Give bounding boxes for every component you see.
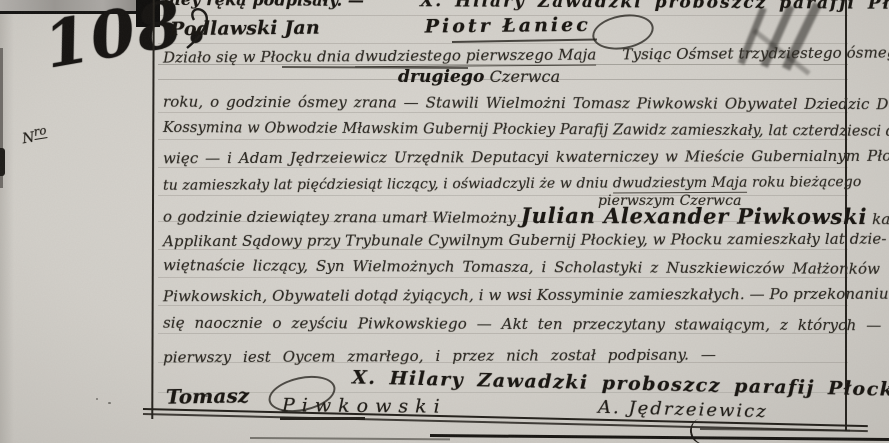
- bottom-rule-faint-left: [250, 437, 450, 440]
- ink-speck: [96, 398, 98, 400]
- ink-speck: [108, 402, 111, 404]
- previous-act-closing-line: niey ręką podpisały. —X. Hilary Zawadzki…: [163, 0, 889, 15]
- act-line-6-end: kawaler,: [867, 210, 889, 228]
- act-year-text: Tysiąc Ośmset trzydziestego ósmego: [622, 43, 889, 63]
- record-number-superscript: ro: [33, 123, 48, 140]
- act-line-3: Kossymina w Obwodzie Mławskim Gubernij P…: [163, 120, 889, 141]
- ink-speck: [205, 395, 208, 397]
- act-line-7: Applikant Sądowy przy Trybunale Cywilnym…: [163, 231, 887, 251]
- dual-date-gregorian-1-day: drugiego: [398, 67, 484, 87]
- act-line-4: więc — i Adam Jędrzeiewicz Urzędnik Depu…: [163, 148, 889, 168]
- act-line-5: tu zamieszkały lat pięćdziesiąt liczący,…: [163, 174, 861, 194]
- dual-date-gregorian-1-month: Czerwca: [484, 67, 560, 86]
- act-line-5-end: roku bieżącego: [747, 174, 861, 191]
- act-line-8: więtnaście liczący, Syn Wielmożnych Toma…: [163, 257, 880, 278]
- act-opening-text: Działo się w Płocku dnia: [163, 47, 351, 66]
- previous-act-witness-signatures: Podlawski JanPiotr Łaniec: [170, 15, 591, 41]
- bottom-rule-lower: [430, 434, 889, 441]
- previous-act-witness-1: Podlawski Jan: [170, 17, 320, 41]
- ruling-guide-line: [158, 195, 848, 196]
- deceased-name: Julian Alexander Piwkowski: [521, 203, 868, 229]
- bottom-heavy-dash: [280, 417, 365, 420]
- scanned-register-page: Nro 108. niey ręką podpisały. —X. Hilary…: [0, 0, 889, 443]
- previous-act-closing-text: niey ręką podpisały. —: [163, 0, 364, 10]
- dual-date-julian-2: dwudziestym Maja: [613, 175, 748, 194]
- act-line-9: Piwkowskich, Obywateli dotąd żyiących, i…: [163, 286, 889, 306]
- act-line-10: się naocznie o zeyściu Piwkowskiego — Ak…: [163, 315, 881, 335]
- previous-act-witness-2: Piotr Łaniec: [425, 14, 591, 38]
- page-edge-blob: [0, 148, 5, 176]
- act-line-5-start: tu zamieszkały lat pięćdziesiąt liczący,…: [163, 175, 613, 193]
- act-line-11: pierwszy iest Oycem zmarłego, i przez ni…: [163, 347, 716, 367]
- bottom-rule-lower-echo: [700, 428, 850, 431]
- margin-rule-left: [151, 0, 154, 419]
- act-line-2: roku, o godzinie ósmey zrana — Stawili W…: [163, 94, 889, 114]
- previous-act-priest-signature: X. Hilary Zawadzki proboszcz parafji Pło…: [420, 0, 889, 14]
- dual-date-julian-1: dwudziestego pierwszego Maja: [355, 46, 596, 68]
- act-line-6-start: o godzinie dziewiątey zrana umarł Wielmo…: [163, 208, 521, 227]
- act-line-6: o godzinie dziewiątey zrana umarł Wielmo…: [163, 203, 889, 230]
- act-interline-gregorian-date-1: drugiego Czerwca: [398, 68, 560, 88]
- record-number-prefix: Nro: [21, 124, 49, 147]
